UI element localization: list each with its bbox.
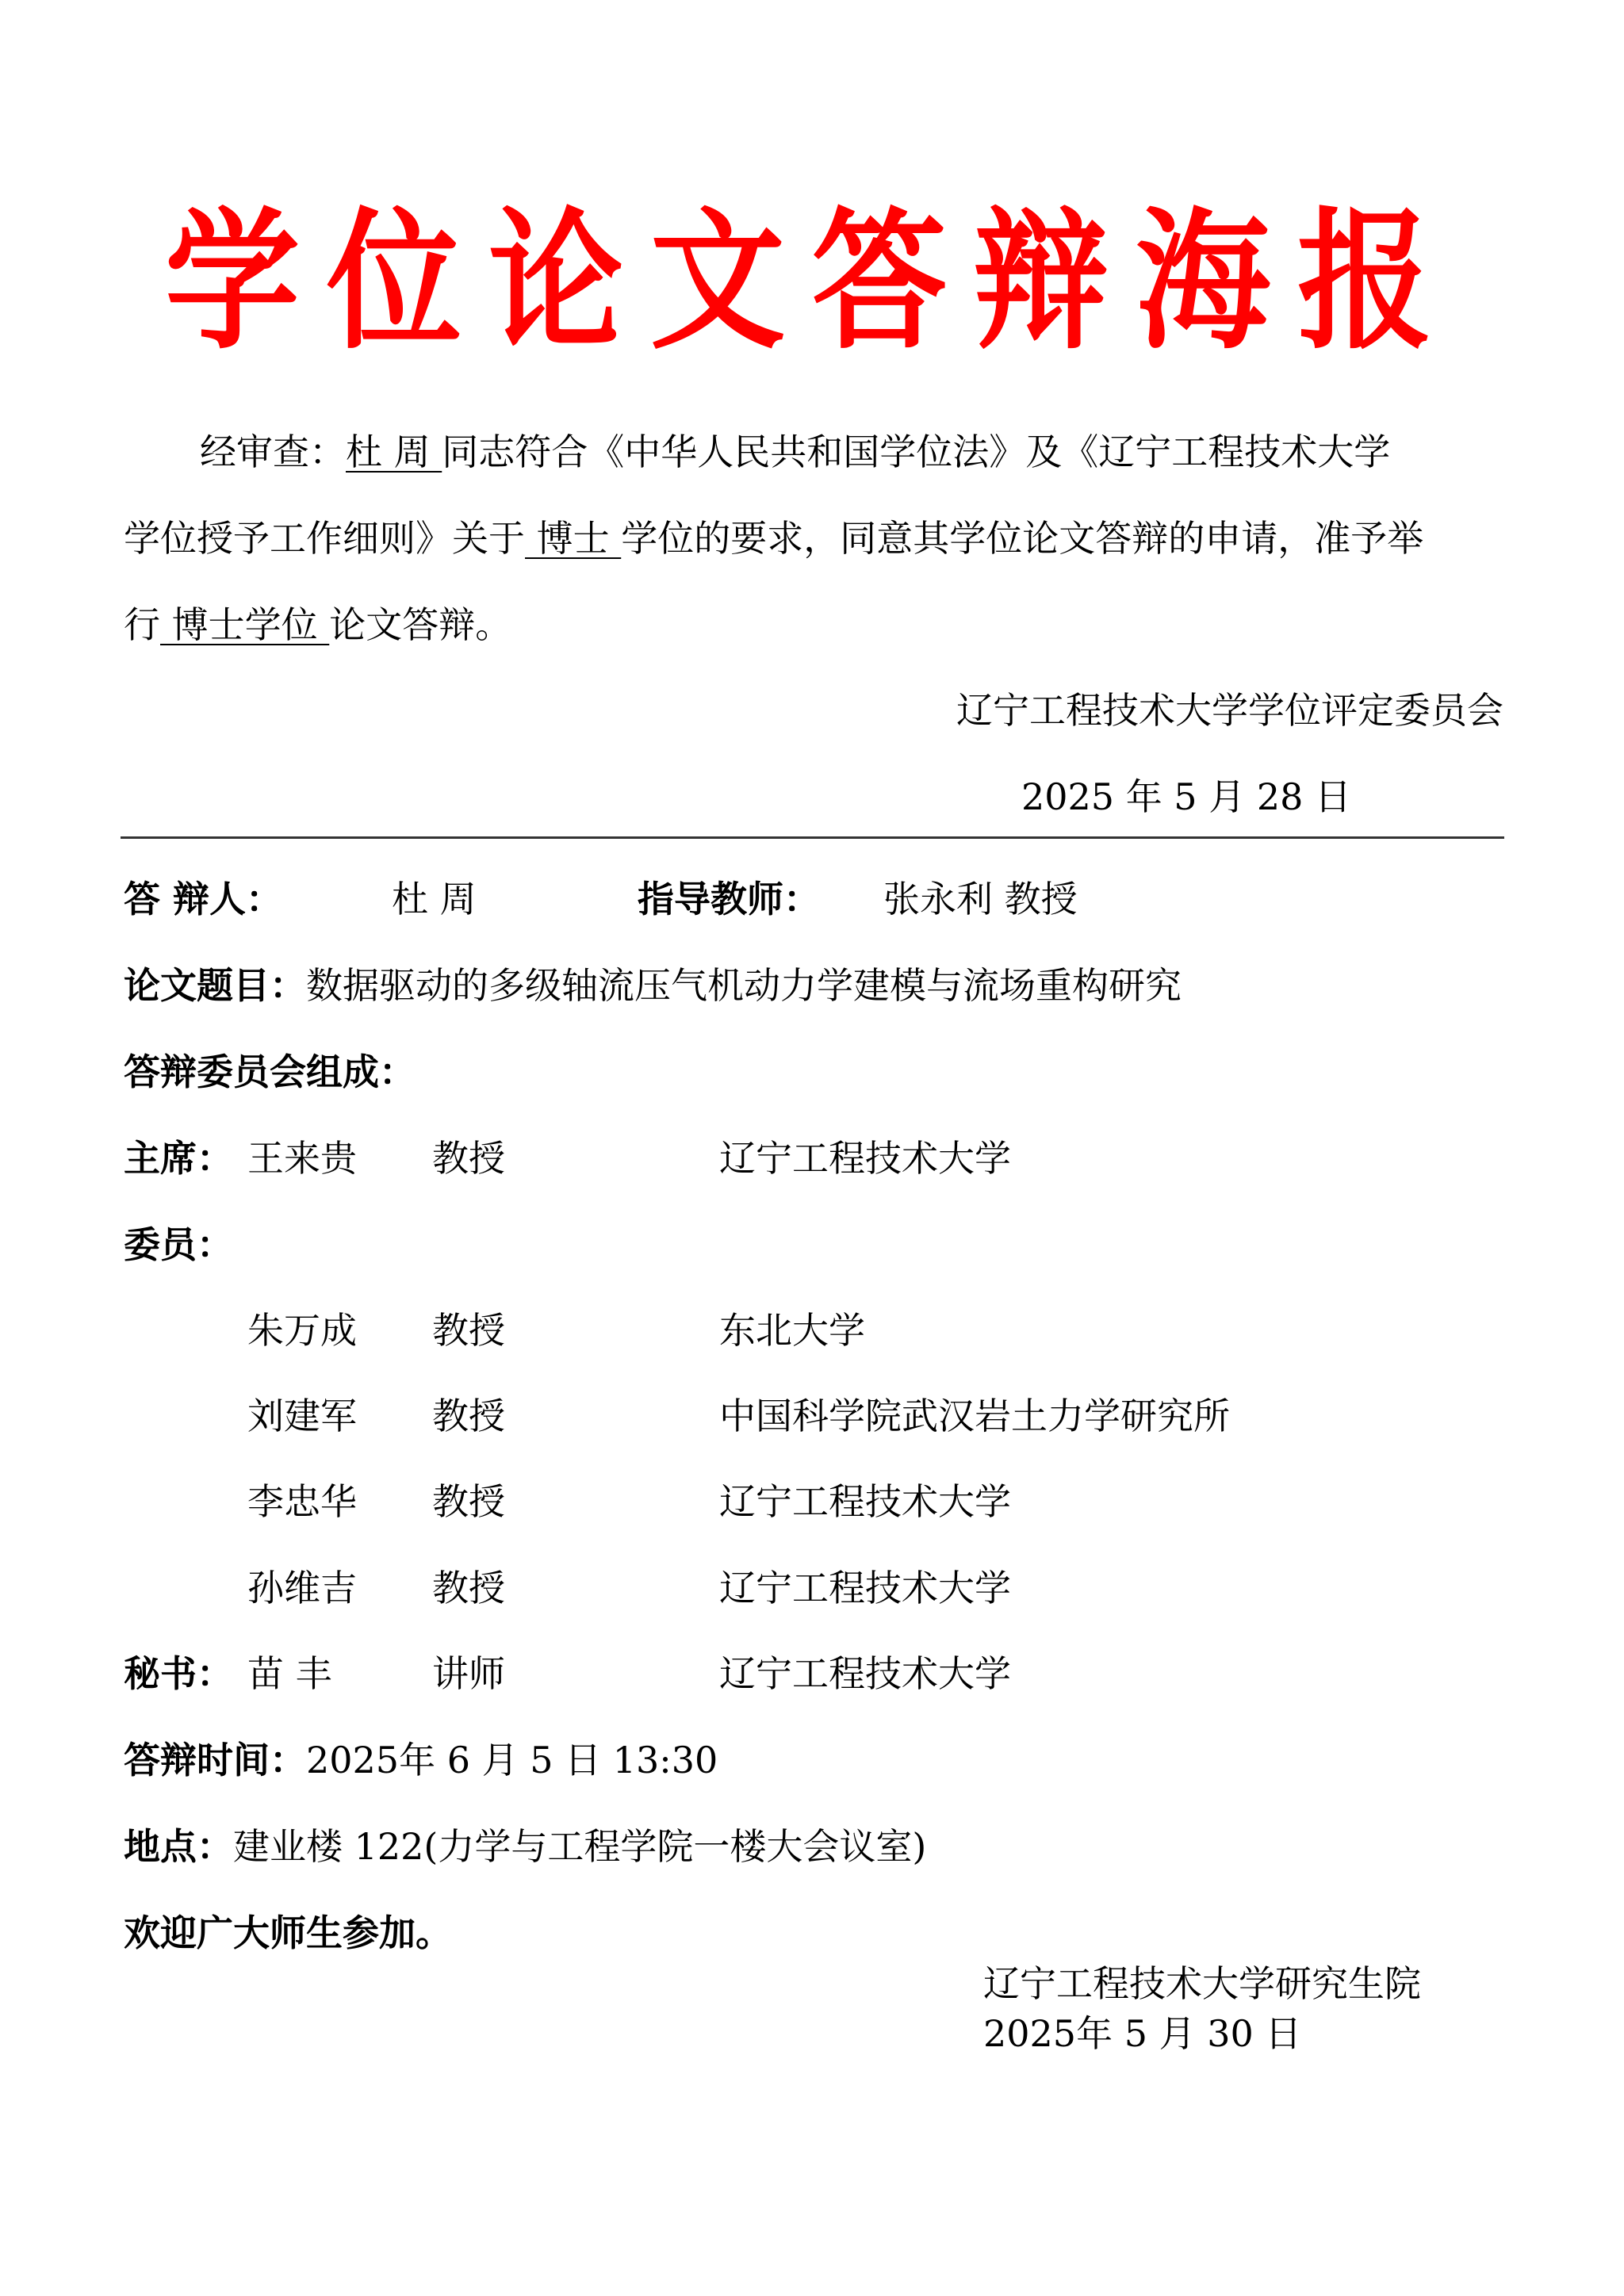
member-title: 教授: [432, 1478, 505, 1525]
location-value: 建业楼 122(力学与工程学院一楼大会议室): [233, 1825, 926, 1868]
member-name: 刘建军: [247, 1392, 357, 1440]
defender-label: 答 辩人：: [124, 875, 282, 923]
member-affiliation: 辽宁工程技术大学: [719, 1478, 1011, 1525]
secretary-affiliation: 辽宁工程技术大学: [719, 1650, 1011, 1697]
approval-line-2: 学位授予工作细则》关于 博士 学位的要求，同意其学位论文答辩的申请，准予举: [124, 515, 1423, 562]
location-label: 地点：: [124, 1825, 233, 1868]
approval-signatory: 辽宁工程技术大学学位评定委员会: [956, 687, 1503, 734]
member-title: 教授: [432, 1307, 505, 1354]
member-name: 朱万成: [247, 1307, 357, 1354]
approval-line3-text: 论文答辩。: [329, 603, 511, 646]
footer-date: 2025年 5 月 30 日: [983, 2010, 1301, 2057]
thesis-title: 数据驱动的多级轴流压气机动力学建模与流场重构研究: [306, 964, 1182, 1007]
chair-name: 王来贵: [247, 1135, 357, 1182]
defense-time-value: 2025年 6 月 5 日 13:30: [306, 1739, 718, 1781]
chair-label: 主席：: [124, 1135, 233, 1182]
advisor-label: 指导教师：: [638, 875, 820, 923]
chair-affiliation: 辽宁工程技术大学: [719, 1135, 1011, 1182]
secretary-name: 苗 丰: [247, 1650, 332, 1697]
member-affiliation: 辽宁工程技术大学: [719, 1564, 1011, 1612]
approval-prefix: 经审查：: [200, 430, 346, 473]
approval-line2-prefix: 学位授予工作细则》关于: [124, 517, 525, 560]
member-affiliation: 东北大学: [719, 1307, 865, 1354]
defense-time-row: 答辩时间：2025年 6 月 5 日 13:30: [124, 1736, 718, 1784]
thesis-label: 论文题目：: [124, 964, 306, 1007]
location-row: 地点：建业楼 122(力学与工程学院一楼大会议室): [124, 1823, 926, 1870]
defender-name: 杜 周: [392, 875, 477, 923]
chair-title: 教授: [432, 1135, 505, 1182]
degree-level: 博士: [525, 517, 621, 560]
degree-type: 博士学位: [160, 603, 329, 646]
poster-title: 学位论文答辩海报: [0, 193, 1624, 370]
approval-line1-text: 同志符合《中华人民共和国学位法》及《辽宁工程技术大学: [442, 430, 1390, 473]
secretary-label: 秘书：: [124, 1650, 233, 1697]
approval-line3-prefix: 行: [124, 603, 160, 646]
member-title: 教授: [432, 1392, 505, 1440]
secretary-title: 讲师: [432, 1650, 505, 1697]
approval-line-3: 行 博士学位 论文答辩。: [124, 601, 511, 649]
member-name: 李忠华: [247, 1478, 357, 1525]
member-name: 孙维吉: [247, 1564, 357, 1612]
committee-label: 答辩委员会组成：: [124, 1048, 416, 1096]
approval-line2-text: 学位的要求，同意其学位论文答辩的申请，准予举: [621, 517, 1423, 560]
member-affiliation: 中国科学院武汉岩土力学研究所: [719, 1392, 1230, 1440]
members-label: 委员：: [124, 1221, 233, 1269]
footer-issuer: 辽宁工程技术大学研究生院: [983, 1960, 1421, 2007]
candidate-name: 杜 周: [346, 430, 442, 473]
thesis-row: 论文题目：数据驱动的多级轴流压气机动力学建模与流场重构研究: [124, 962, 1182, 1009]
defense-time-label: 答辩时间：: [124, 1739, 306, 1781]
divider-line: [121, 836, 1504, 839]
welcome-text: 欢迎广大师生参加。: [124, 1909, 452, 1957]
member-title: 教授: [432, 1564, 505, 1612]
approval-line-1: 经审查：杜 周 同志符合《中华人民共和国学位法》及《辽宁工程技术大学: [200, 428, 1390, 476]
advisor-name: 张永利 教授: [883, 875, 1078, 923]
approval-date: 2025 年 5 月 28 日: [1021, 773, 1351, 821]
